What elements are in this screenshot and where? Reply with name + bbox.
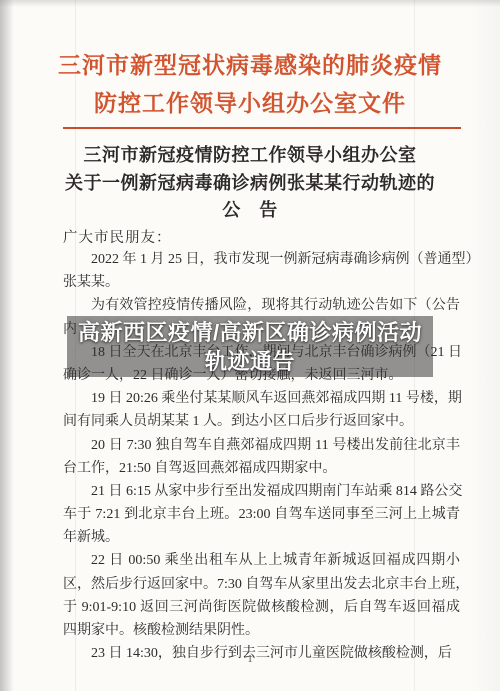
title-line-3: 公 告	[0, 197, 500, 225]
document-page: 三河市新型冠状病毒感染的肺炎疫情 防控工作领导小组办公室文件 三河市新冠疫情防控…	[0, 0, 500, 691]
paragraph-line: 2022 年 1 月 25 日，我市发现一例新冠病毒确诊病例（普通型）	[63, 248, 460, 271]
caption-line-2: 轨迹通告	[67, 347, 433, 376]
paragraph-line: 20 日 7:30 独自驾车自燕郊福成四期 11 号楼出发前往北京丰	[63, 434, 460, 457]
paragraph-line: 台工作，21:50 自驾返回燕郊福成四期家中。	[63, 457, 460, 480]
paragraph: 21 日 6:15 从家中步行至出发福成四期南门车站乘 814 路公交车于 7:…	[63, 480, 460, 550]
letterhead-divider-rule	[63, 127, 461, 129]
paragraph-line: 为有效管控疫情传播风险，现将其行动轨迹公告如下（公告	[63, 294, 460, 317]
paragraph-line: 区，然后步行返回家中。7:30 自驾车从家里出发去北京丰台上班，	[63, 573, 460, 596]
caption-line-1: 高新西区疫情/高新区确诊病例活动	[67, 318, 433, 347]
letterhead-line-2: 防控工作领导小组办公室文件	[0, 85, 500, 123]
page-number: 1	[0, 653, 500, 665]
paragraph: 19 日 20:26 乘坐付某某顺风车返回燕郊福成四期 11 号楼，期间有同乘人…	[63, 387, 460, 433]
paragraph-line: 年新城。	[63, 526, 460, 549]
paragraph-line: 车于 7:21 到北京丰台上班。23:00 自驾车送同事至三河上上城青	[63, 503, 460, 526]
paragraph-line: 张某某。	[63, 271, 460, 294]
paragraph: 2022 年 1 月 25 日，我市发现一例新冠病毒确诊病例（普通型）张某某。	[63, 248, 460, 294]
title-line-2: 关于一例新冠病毒确诊病例张某某行动轨迹的	[0, 170, 500, 198]
greeting-line: 广大市民朋友：	[63, 226, 172, 247]
paragraph-line: 间有同乘人员胡某某 1 人。到达小区口后步行返回家中。	[63, 410, 460, 433]
document-body: 2022 年 1 月 25 日，我市发现一例新冠病毒确诊病例（普通型）张某某。为…	[63, 248, 460, 665]
paragraph-line: 于 9:01-9:10 返回三河尚街医院做核酸检测，后自驾车返回福成	[63, 596, 460, 619]
paragraph-line: 四期家中。核酸检测结果阴性。	[63, 619, 460, 642]
paragraph: 20 日 7:30 独自驾车自燕郊福成四期 11 号楼出发前往北京丰台工作，21…	[63, 434, 460, 480]
title-line-1: 三河市新冠疫情防控工作领导小组办公室	[0, 142, 500, 170]
paragraph-line: 22 日 00:50 乘坐出租车从上上城青年新城返回福成四期小	[63, 549, 460, 572]
paragraph-line: 19 日 20:26 乘坐付某某顺风车返回燕郊福成四期 11 号楼，期	[63, 387, 460, 410]
letterhead-line-1: 三河市新型冠状病毒感染的肺炎疫情	[0, 47, 500, 85]
document-title: 三河市新冠疫情防控工作领导小组办公室 关于一例新冠病毒确诊病例张某某行动轨迹的 …	[0, 142, 500, 225]
letterhead: 三河市新型冠状病毒感染的肺炎疫情 防控工作领导小组办公室文件	[0, 47, 500, 123]
paragraph: 22 日 00:50 乘坐出租车从上上城青年新城返回福成四期小区，然后步行返回家…	[63, 549, 460, 642]
caption-overlay-banner: 高新西区疫情/高新区确诊病例活动 轨迹通告	[67, 316, 433, 377]
paragraph-line: 21 日 6:15 从家中步行至出发福成四期南门车站乘 814 路公交	[63, 480, 460, 503]
